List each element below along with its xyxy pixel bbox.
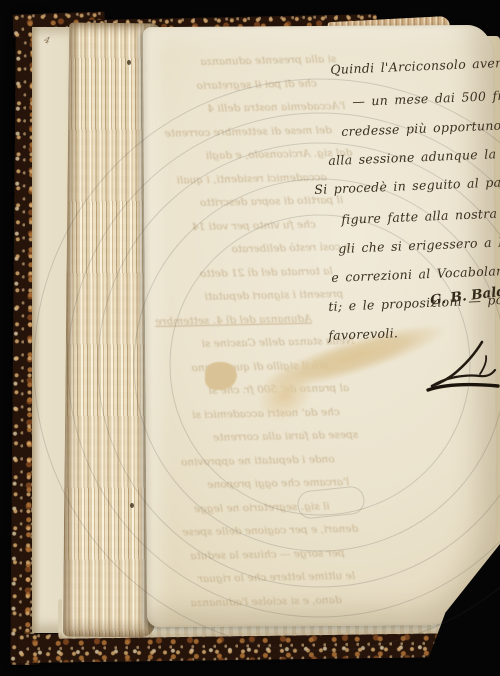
manuscript-line: — un mese dai 500 fr. qual tempo si [352,84,500,109]
manuscript-line: e correzioni al Vocabolario proponendo d… [331,258,500,285]
manuscript-line: Quindi l'Arciconsolo avendo invitato gli… [330,47,500,77]
manuscript-line: figure fatte alla nostra accademia per g… [341,201,500,227]
signature-flourish [424,338,500,396]
manuscript-line: credesse più opportuno, domandava che la [341,112,500,139]
manuscript-line: favorevoli. [328,325,398,343]
manuscript-line: alla sessione adunque la dichiarazione d… [328,141,500,168]
manuscript-line: Si procedè in seguito al partito. Se si … [314,168,500,197]
manuscript-photo: 4 si alla presente adunanzache di poi il… [0,0,500,676]
manuscript-line: gli che si erigessero a Milano per l'acc… [338,228,500,256]
